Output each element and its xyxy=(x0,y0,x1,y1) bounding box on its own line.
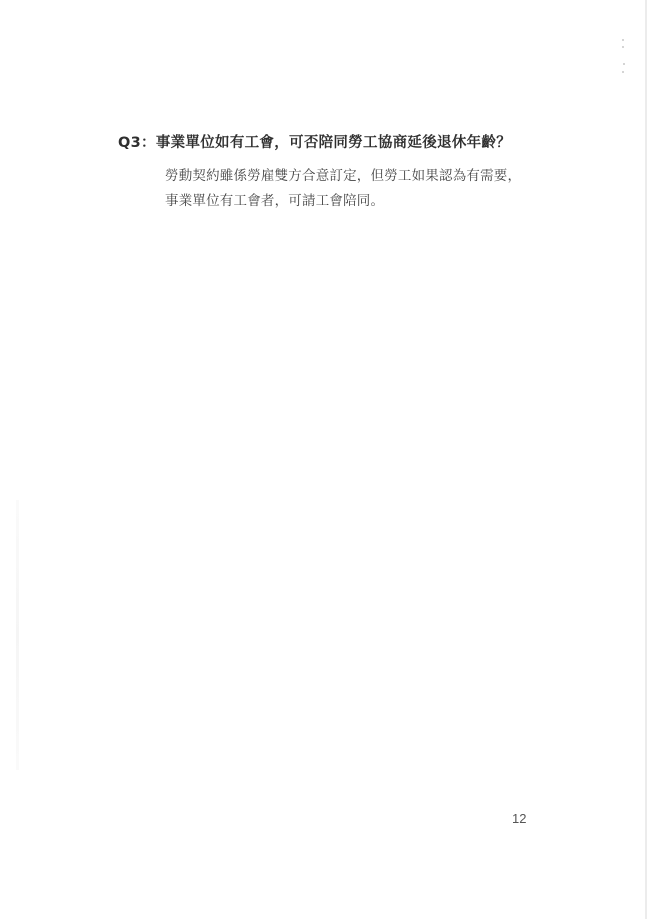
page-number: 12 xyxy=(512,811,526,826)
scan-speck xyxy=(622,46,624,48)
faq-question: Q3：事業單位如有工會，可否陪同勞工協商延後退休年齡？ xyxy=(118,131,511,152)
scan-bleed-through xyxy=(16,500,19,770)
faq-answer-line-1: 勞動契約雖係勞雇雙方合意訂定，但勞工如果認為有需要， xyxy=(165,164,521,184)
faq-answer-line-2: 事業單位有工會者，可請工會陪同。 xyxy=(165,189,384,209)
scan-speck xyxy=(622,71,624,73)
scan-edge-shadow xyxy=(645,0,647,919)
scan-speck xyxy=(622,39,624,41)
scan-speck xyxy=(623,63,625,65)
document-page: Q3：事業單位如有工會，可否陪同勞工協商延後退休年齡？ 勞動契約雖係勞雇雙方合意… xyxy=(0,0,650,919)
